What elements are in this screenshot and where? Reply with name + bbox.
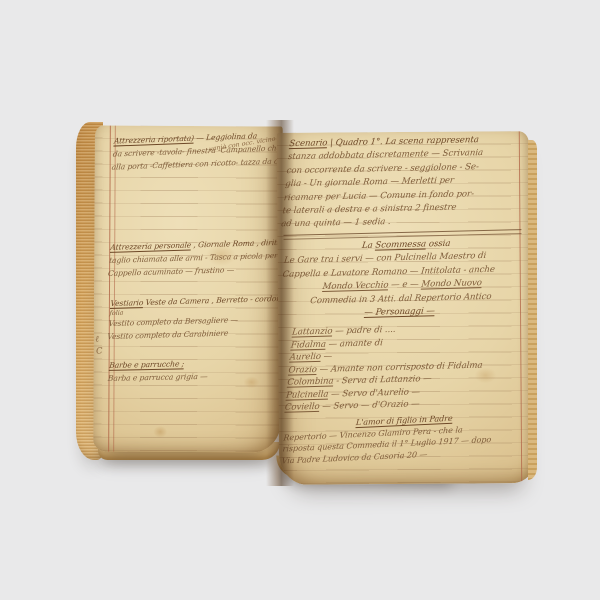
section-attrezzeria-personale: Attrezzeria personale , Giornale Roma , …	[107, 235, 282, 280]
section-vestiario: Vestiario Veste da Camera , Berretto - c…	[107, 291, 283, 343]
right-page: Scenario | Quadro 1°. La scena rappresen…	[277, 131, 531, 485]
photograph-background: ℓ C Attrezzeria riportata) — Leggiolina …	[0, 0, 600, 600]
handwritten-line: ad una quinta — 1 sedia .	[280, 215, 476, 233]
handwritten-line: Barba e parrucca grigia —	[107, 370, 208, 385]
page-edges-right	[528, 140, 537, 480]
margin-mark: C	[96, 345, 103, 357]
left-page: ℓ C Attrezzeria riportata) — Leggiolina …	[93, 126, 283, 453]
margin-mark: ℓ	[95, 333, 102, 345]
open-notebook: ℓ C Attrezzeria riportata) — Leggiolina …	[72, 106, 538, 502]
paper-stain	[153, 426, 167, 438]
margin-marks: ℓ C	[95, 333, 103, 357]
section-repertorio-note: L'amor di figlio in Padre Repertorio — V…	[281, 409, 524, 466]
left-page-margin-line	[108, 126, 116, 452]
book-gutter-shadow	[266, 120, 294, 486]
section-barbe-e-parrucche: Barbe e parrucche ; Barba e parrucca gri…	[107, 357, 209, 385]
paper-stain	[243, 376, 259, 388]
section-cast-list: Lattanzio — padre di .... Fidalma — aman…	[284, 321, 486, 414]
section-attrezzeria-riportata: Attrezzeria riportata) — Leggiolina da v…	[111, 128, 283, 174]
section-la-scommessa: La Scommessa ossia Le Gare tra i servi —…	[278, 236, 528, 323]
section-scenario: Scenario | Quadro 1°. La scena rappresen…	[280, 134, 485, 232]
